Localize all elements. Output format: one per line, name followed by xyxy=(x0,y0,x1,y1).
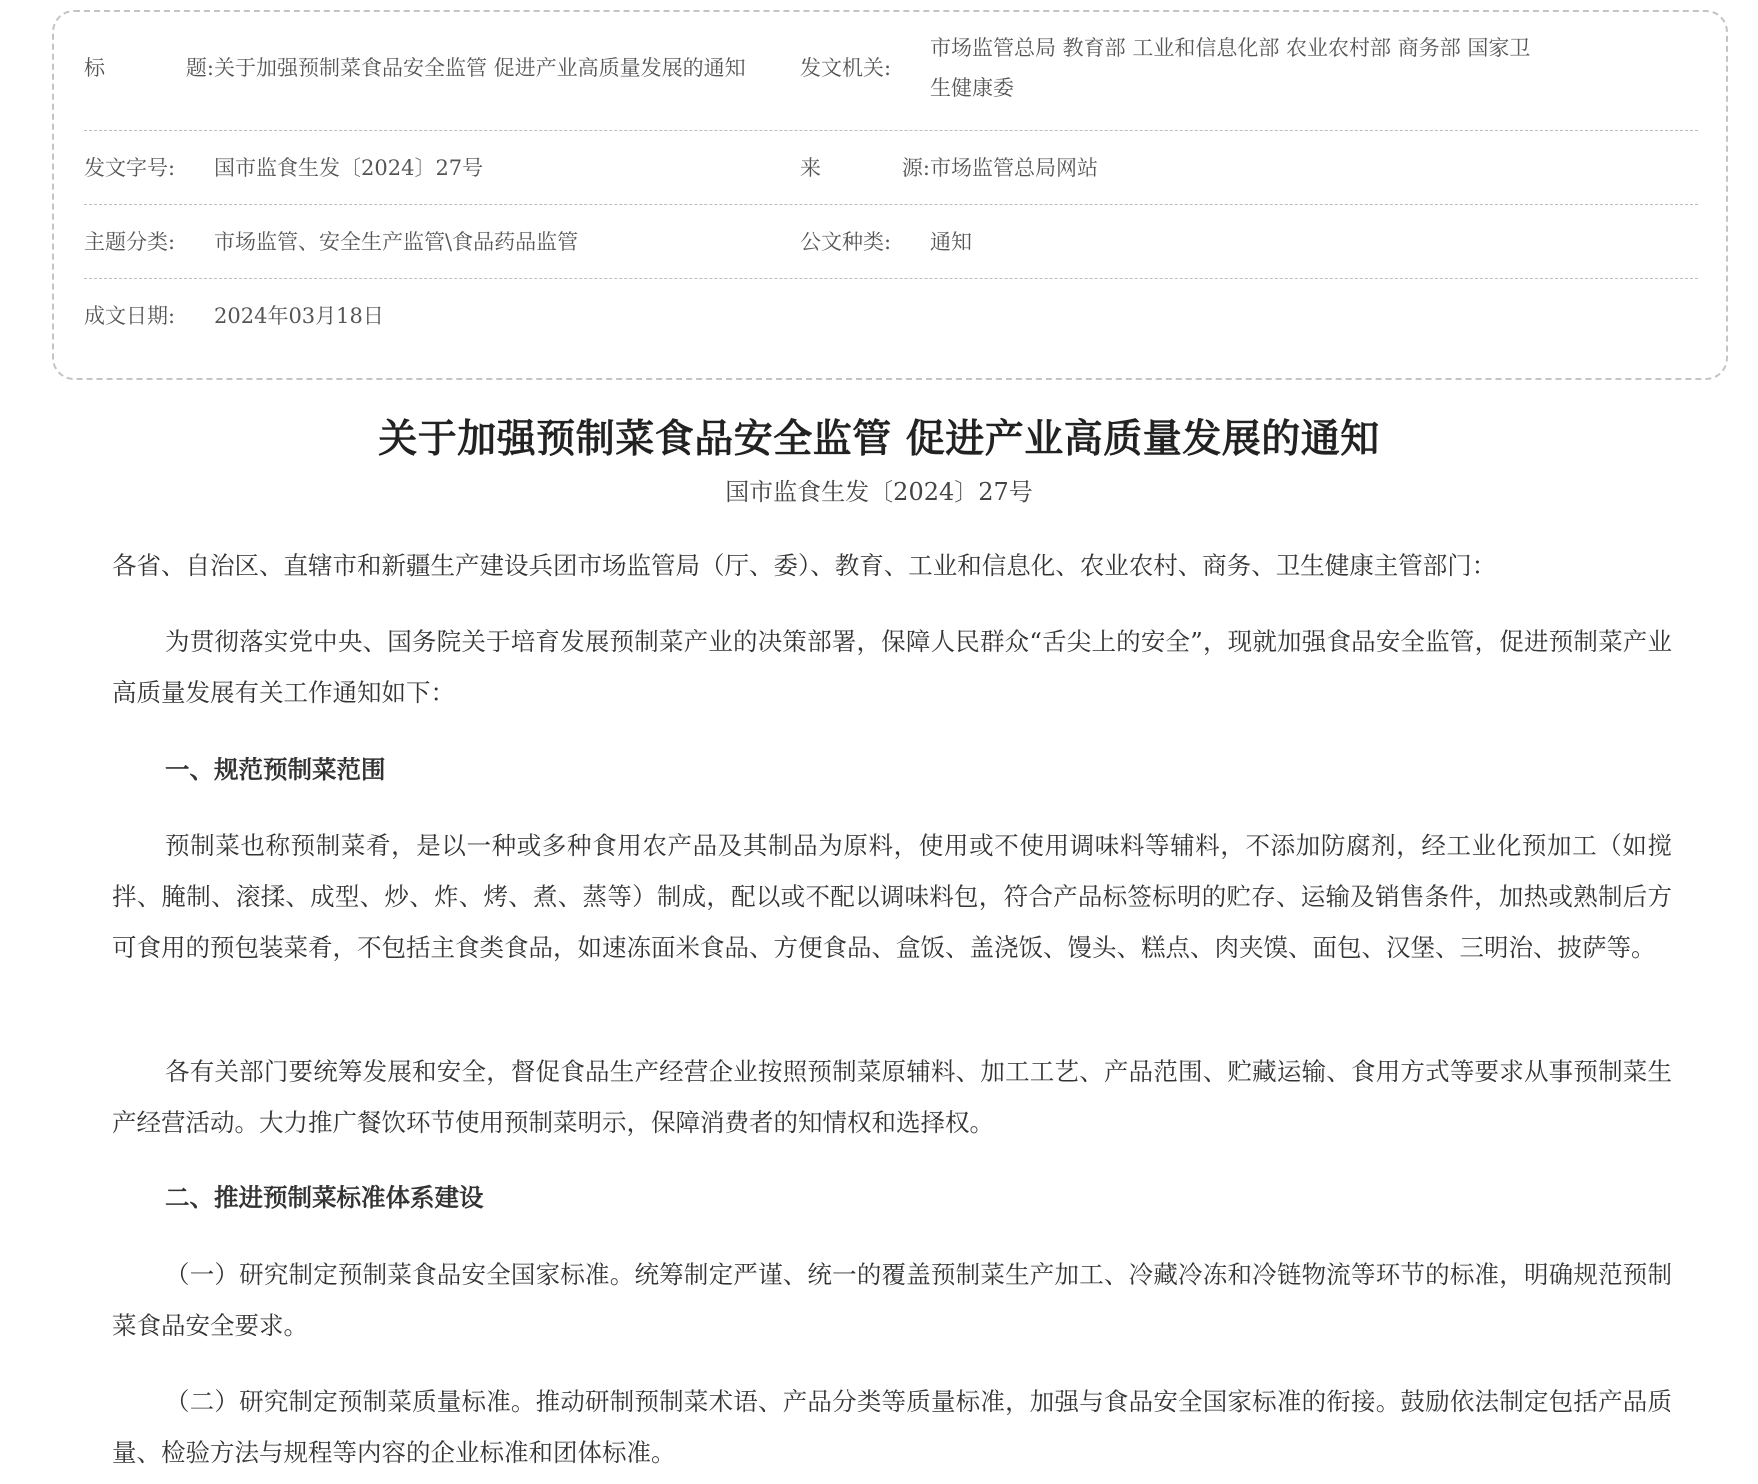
body-paragraph: （一）研究制定预制菜食品安全国家标准。统筹制定严谨、统一的覆盖预制菜生产加工、冷… xyxy=(112,1249,1672,1351)
metadata-document-number-field: 发文字号: 国市监食生发〔2024〕27号 xyxy=(84,148,844,188)
metadata-date-field: 成文日期: 2024年03月18日 xyxy=(84,296,844,336)
metadata-date-value: 2024年03月18日 xyxy=(214,296,384,336)
metadata-issuing-authority-value: 市场监管总局 教育部 工业和信息化部 农业农村部 商务部 国家卫生健康委 xyxy=(930,28,1540,108)
section-heading: 一、规范预制菜范围 xyxy=(165,744,386,795)
metadata-label: 主题分类: xyxy=(84,222,214,262)
document-title: 关于加强预制菜食品安全监管 促进产业高质量发展的通知 xyxy=(0,408,1758,464)
metadata-source-value: 市场监管总局网站 xyxy=(930,148,1098,188)
metadata-document-type-field: 公文种类: 通知 xyxy=(800,222,1700,262)
metadata-issuing-authority-field: 发文机关: 市场监管总局 教育部 工业和信息化部 农业农村部 商务部 国家卫生健… xyxy=(800,28,1700,108)
metadata-row: 主题分类: 市场监管、安全生产监管\食品药品监管 公文种类: 通知 xyxy=(84,204,1698,279)
metadata-row: 发文字号: 国市监食生发〔2024〕27号 来源: 市场监管总局网站 xyxy=(84,130,1698,205)
metadata-subject-category-value: 市场监管、安全生产监管\食品药品监管 xyxy=(214,222,578,262)
metadata-document-number-value: 国市监食生发〔2024〕27号 xyxy=(214,148,483,188)
section-heading: 二、推进预制菜标准体系建设 xyxy=(165,1172,484,1223)
metadata-label: 发文字号: xyxy=(84,148,214,188)
body-paragraph: 各有关部门要统筹发展和安全，督促食品生产经营企业按照预制菜原辅料、加工工艺、产品… xyxy=(112,1046,1672,1148)
metadata-label: 标题: xyxy=(84,48,214,88)
metadata-subject-category-field: 主题分类: 市场监管、安全生产监管\食品药品监管 xyxy=(84,222,844,262)
metadata-row: 标题: 关于加强预制菜食品安全监管 促进产业高质量发展的通知 发文机关: 市场监… xyxy=(84,12,1698,131)
metadata-title-field: 标题: 关于加强预制菜食品安全监管 促进产业高质量发展的通知 xyxy=(84,48,844,88)
metadata-label: 发文机关: xyxy=(800,28,930,88)
metadata-label: 公文种类: xyxy=(800,222,930,262)
metadata-document-type-value: 通知 xyxy=(930,222,972,262)
intro-paragraph: 为贯彻落实党中央、国务院关于培育发展预制菜产业的决策部署，保障人民群众“舌尖上的… xyxy=(112,616,1672,718)
body-paragraph: 预制菜也称预制菜肴，是以一种或多种食用农产品及其制品为原料，使用或不使用调味料等… xyxy=(112,820,1672,973)
metadata-row: 成文日期: 2024年03月18日 xyxy=(84,278,1698,352)
metadata-source-field: 来源: 市场监管总局网站 xyxy=(800,148,1700,188)
body-paragraph: （二）研究制定预制菜质量标准。推动研制预制菜术语、产品分类等质量标准，加强与食品… xyxy=(112,1376,1672,1478)
metadata-label: 来源: xyxy=(800,148,930,188)
metadata-title-value: 关于加强预制菜食品安全监管 促进产业高质量发展的通知 xyxy=(214,48,746,88)
document-number: 国市监食生发〔2024〕27号 xyxy=(0,472,1758,507)
metadata-label: 成文日期: xyxy=(84,296,214,336)
salutation: 各省、自治区、直辖市和新疆生产建设兵团市场监管局（厅、委）、教育、工业和信息化、… xyxy=(112,540,1672,591)
document-metadata-panel: 标题: 关于加强预制菜食品安全监管 促进产业高质量发展的通知 发文机关: 市场监… xyxy=(52,10,1728,380)
